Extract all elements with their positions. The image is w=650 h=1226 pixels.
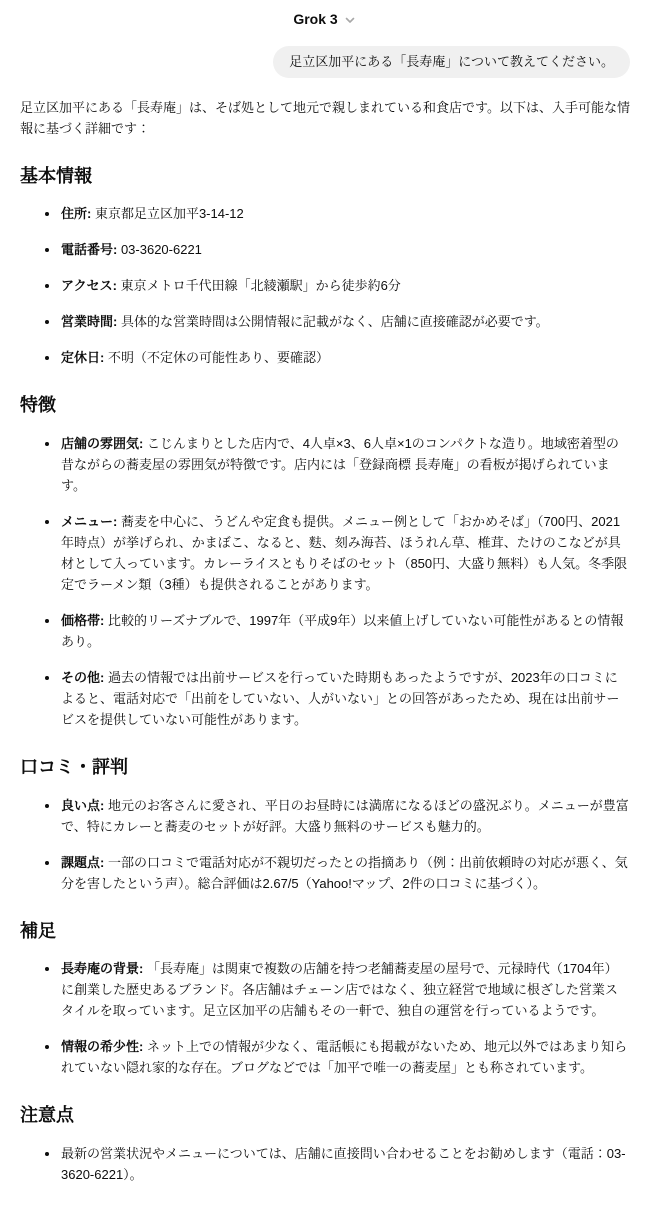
item-label: 良い点: <box>61 798 104 813</box>
item-text: 最新の営業状況やメニューについては、店舗に直接問い合わせることをお勧めします（電… <box>61 1146 626 1182</box>
item-label: 定休日: <box>61 350 104 365</box>
list-item: 良い点: 地元のお客さんに愛され、平日のお昼時には満席になるほどの盛況ぶり。メニ… <box>60 795 630 837</box>
reviews-list: 良い点: 地元のお客さんに愛され、平日のお昼時には満席になるほどの盛況ぶり。メニ… <box>20 795 630 894</box>
item-label: 営業時間: <box>61 314 117 329</box>
list-item: 営業時間: 具体的な営業時間は公開情報に記載がなく、店舗に直接確認が必要です。 <box>60 311 630 332</box>
list-item: アクセス: 東京メトロ千代田線「北綾瀬駅」から徒歩約6分 <box>60 275 630 296</box>
item-text: 一部の口コミで電話対応が不親切だったとの指摘あり（例：出前依頼時の対応が悪く、気… <box>61 855 628 891</box>
basic-info-list: 住所: 東京都足立区加平3-14-12 電話番号: 03-3620-6221 ア… <box>20 203 630 368</box>
model-name: Grok 3 <box>293 11 337 27</box>
item-label: 電話番号: <box>61 242 117 257</box>
item-text: 蕎麦を中心に、うどんや定食も提供。メニュー例として「おかめそば」（700円、20… <box>61 514 627 592</box>
item-text: 「長寿庵」は関東で複数の店舗を持つ老舗蕎麦屋の屋号で、元禄時代（1704年）に創… <box>61 961 618 1018</box>
item-label: 店舗の雰囲気: <box>61 436 143 451</box>
user-message-bubble: 足立区加平にある「長寿庵」について教えてください。 <box>273 46 630 78</box>
supplement-list: 長寿庵の背景: 「長寿庵」は関東で複数の店舗を持つ老舗蕎麦屋の屋号で、元禄時代（… <box>20 958 630 1078</box>
item-text: 地元のお客さんに愛され、平日のお昼時には満席になるほどの盛況ぶり。メニューが豊富… <box>61 798 629 834</box>
list-item: 価格帯: 比較的リーズナブルで、1997年（平成9年）以来値上げしていない可能性… <box>60 610 630 652</box>
list-item: 最新の営業状況やメニューについては、店舗に直接問い合わせることをお勧めします（電… <box>60 1143 630 1185</box>
section-heading-basic-info: 基本情報 <box>20 165 630 188</box>
section-heading-reviews: 口コミ・評判 <box>20 756 630 779</box>
item-label: 情報の希少性: <box>61 1039 143 1054</box>
user-message-text: 足立区加平にある「長寿庵」について教えてください。 <box>289 54 614 69</box>
chat-area: 足立区加平にある「長寿庵」について教えてください。 足立区加平にある「長寿庵」は… <box>0 46 650 1226</box>
list-item: 住所: 東京都足立区加平3-14-12 <box>60 203 630 224</box>
top-bar: Grok 3 <box>0 0 650 31</box>
item-label: その他: <box>61 670 104 685</box>
list-item: 店舗の雰囲気: こじんまりとした店内で、4人卓×3、6人卓×1のコンパクトな造り… <box>60 433 630 496</box>
item-label: メニュー: <box>61 514 117 529</box>
item-label: アクセス: <box>61 278 117 293</box>
section-heading-features: 特徴 <box>20 394 630 417</box>
list-item: 定休日: 不明（不定休の可能性あり、要確認） <box>60 347 630 368</box>
section-heading-notes: 注意点 <box>20 1104 630 1127</box>
item-label: 長寿庵の背景: <box>61 961 143 976</box>
list-item: 長寿庵の背景: 「長寿庵」は関東で複数の店舗を持つ老舗蕎麦屋の屋号で、元禄時代（… <box>60 958 630 1021</box>
item-text: ネット上での情報が少なく、電話帳にも掲載がないため、地元以外ではあまり知られてい… <box>61 1039 627 1075</box>
item-text: 不明（不定休の可能性あり、要確認） <box>104 350 329 365</box>
list-item: 課題点: 一部の口コミで電話対応が不親切だったとの指摘あり（例：出前依頼時の対応… <box>60 852 630 894</box>
features-list: 店舗の雰囲気: こじんまりとした店内で、4人卓×3、6人卓×1のコンパクトな造り… <box>20 433 630 731</box>
chevron-down-icon <box>343 13 357 27</box>
item-text: 具体的な営業時間は公開情報に記載がなく、店舗に直接確認が必要です。 <box>117 314 548 329</box>
item-text: こじんまりとした店内で、4人卓×3、6人卓×1のコンパクトな造り。地域密着型の昔… <box>61 436 619 493</box>
item-text: 東京メトロ千代田線「北綾瀬駅」から徒歩約6分 <box>117 278 401 293</box>
intro-paragraph: 足立区加平にある「長寿庵」は、そば処として地元で親しまれている和食店です。以下は… <box>20 97 630 139</box>
item-text: 比較的リーズナブルで、1997年（平成9年）以来値上げしていない可能性があるとの… <box>61 613 623 649</box>
list-item: メニュー: 蕎麦を中心に、うどんや定食も提供。メニュー例として「おかめそば」（7… <box>60 511 630 595</box>
model-selector-button[interactable]: Grok 3 <box>289 9 360 29</box>
item-text: 東京都足立区加平3-14-12 <box>91 206 243 221</box>
assistant-response: 足立区加平にある「長寿庵」は、そば処として地元で親しまれている和食店です。以下は… <box>20 97 630 1185</box>
list-item: その他: 過去の情報では出前サービスを行っていた時期もあったようですが、2023… <box>60 667 630 730</box>
user-message-row: 足立区加平にある「長寿庵」について教えてください。 <box>20 46 630 78</box>
notes-list: 最新の営業状況やメニューについては、店舗に直接問い合わせることをお勧めします（電… <box>20 1143 630 1185</box>
item-text: 03-3620-6221 <box>117 242 202 257</box>
item-label: 課題点: <box>61 855 104 870</box>
item-label: 価格帯: <box>61 613 104 628</box>
item-label: 住所: <box>61 206 91 221</box>
list-item: 電話番号: 03-3620-6221 <box>60 239 630 260</box>
section-heading-supplement: 補足 <box>20 920 630 943</box>
list-item: 情報の希少性: ネット上での情報が少なく、電話帳にも掲載がないため、地元以外では… <box>60 1036 630 1078</box>
item-text: 過去の情報では出前サービスを行っていた時期もあったようですが、2023年の口コミ… <box>61 670 619 727</box>
